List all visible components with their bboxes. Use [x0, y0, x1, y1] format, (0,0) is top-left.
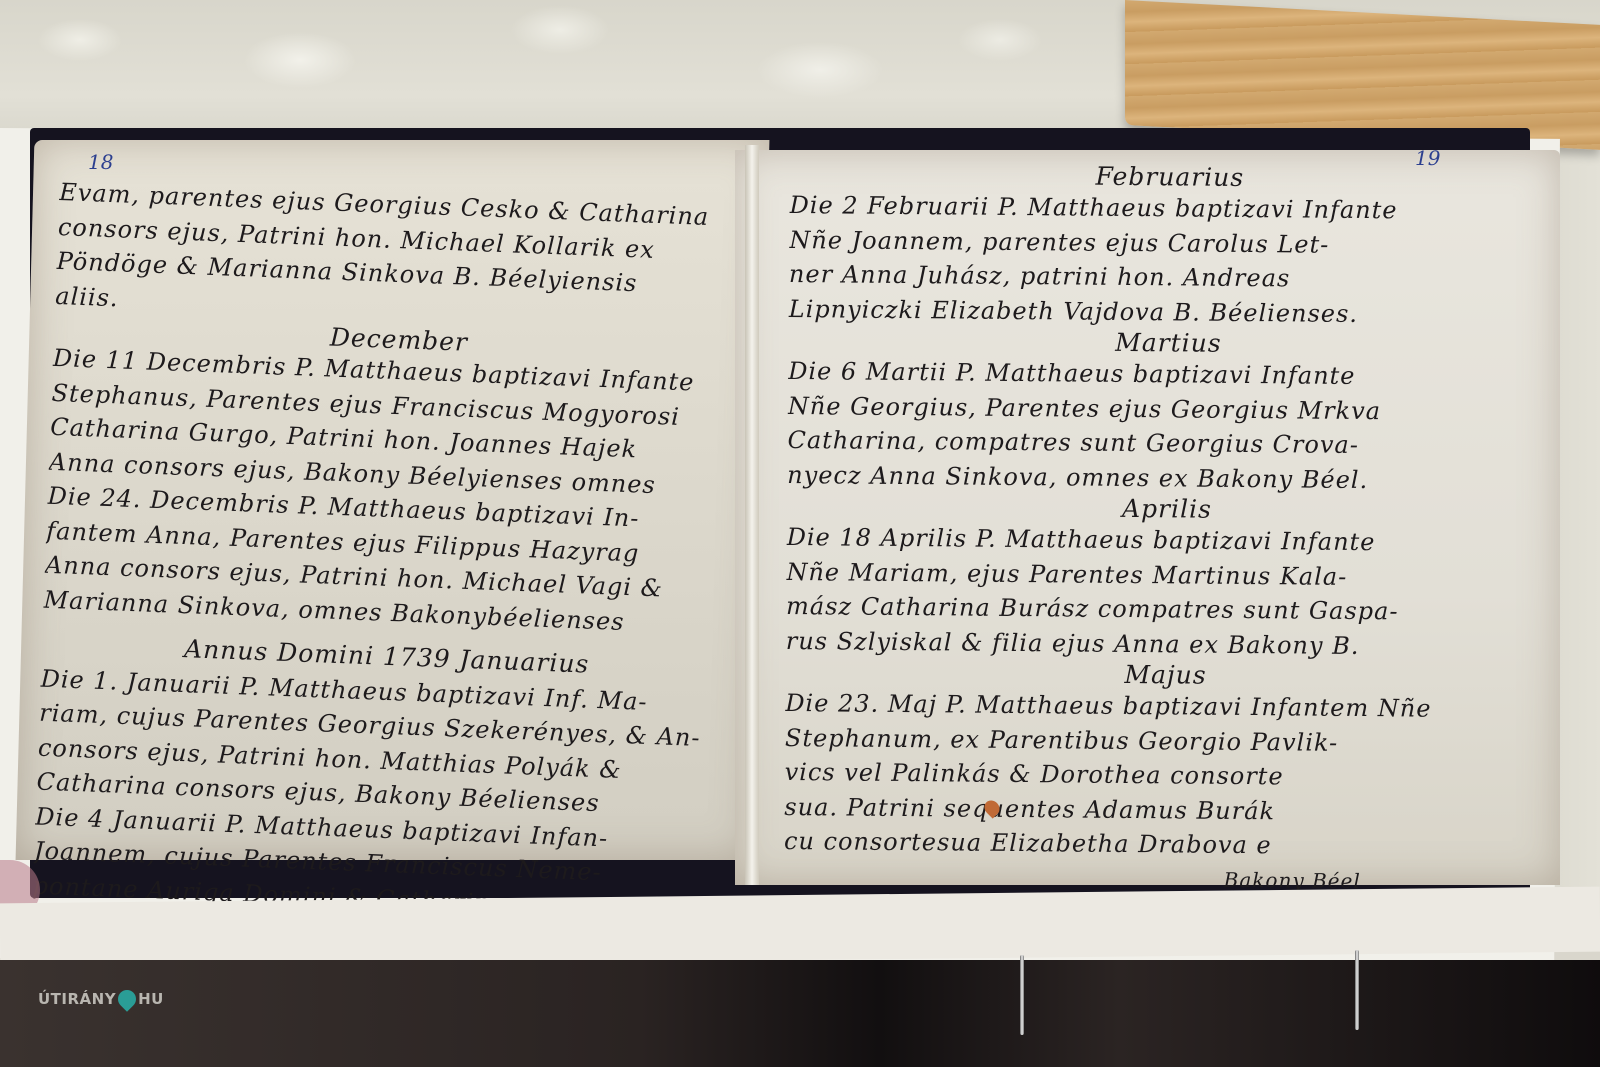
- left-page-text: Evam, parentes ejus Georgius Cesko & Cat…: [29, 175, 749, 998]
- manuscript-line: Die 18 Aprilis P. Matthaeus baptizavi In…: [787, 520, 1547, 561]
- manuscript-line: ner Anna Juhász, patrini hon. Andreas: [789, 257, 1549, 298]
- manuscript-line: mász Catharina Burász compatres sunt Gas…: [786, 589, 1546, 630]
- watermark: ÚTIRÁNY HU: [38, 990, 164, 1008]
- manuscript-line: Die 6 Martii P. Matthaeus baptizavi Infa…: [788, 354, 1548, 395]
- binder-clip-wire: [1020, 955, 1024, 1035]
- manuscript-line: Die 23. Maj P. Matthaeus baptizavi Infan…: [785, 686, 1545, 727]
- manuscript-line: Die 2 Februarii P. Matthaeus baptizavi I…: [789, 188, 1549, 229]
- dark-table-surface: [0, 960, 1600, 1067]
- map-pin-icon: [114, 986, 139, 1011]
- manuscript-line: Catharina, compatres sunt Georgius Crova…: [787, 423, 1547, 464]
- right-page-text: Februarius Die 2 Februarii P. Matthaeus …: [784, 160, 1550, 900]
- binder-clip-wire: [1355, 950, 1359, 1030]
- manuscript-line: cu consortesua Elizabetha Drabova e: [784, 824, 1544, 865]
- left-page-number: 18: [88, 150, 113, 174]
- manuscript-line: Lipnyiczki Elizabeth Vajdova B. Béeliens…: [789, 291, 1549, 332]
- watermark-text-right: HU: [138, 990, 164, 1008]
- manuscript-line: nyecz Anna Sinkova, omnes ex Bakony Béel…: [787, 457, 1547, 498]
- manuscript-line: vics vel Palinkás & Dorothea consorte: [785, 755, 1545, 796]
- manuscript-line: rus Szlyiskal & filia ejus Anna ex Bakon…: [786, 623, 1546, 664]
- watermark-text-left: ÚTIRÁNY: [38, 990, 116, 1008]
